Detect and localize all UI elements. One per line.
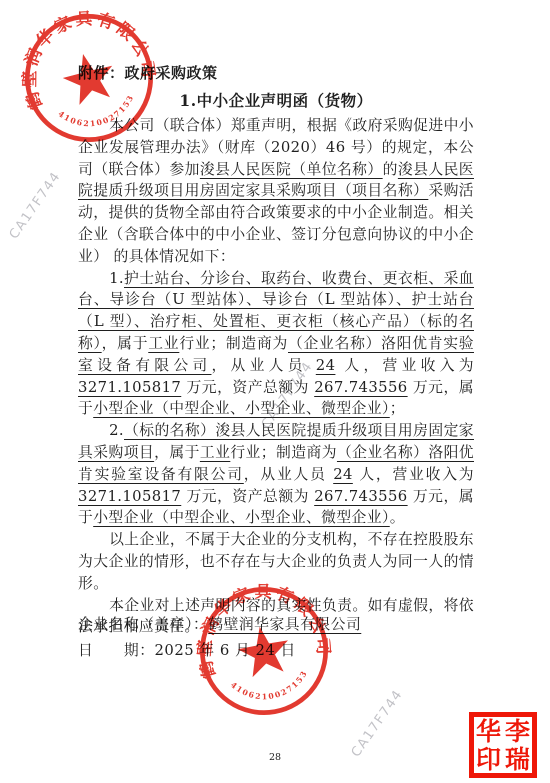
text-segment: 万元，资产总额为 — [181, 488, 314, 505]
item-1-paragraph: 1.护士站台、分诊台、取药台、收费台、更衣柜、采血台、导诊台（U 型站体）、导诊… — [78, 268, 474, 421]
text-segment: 1. — [109, 270, 124, 287]
underlined-segment: 24 — [316, 357, 336, 374]
text-segment: 人，营业收入为 — [335, 357, 474, 374]
document-body: 附件：政府采购政策 1.中小企业声明函（货物） 本公司（联合体）郑重声明，根据《… — [78, 64, 474, 638]
stamp-char: 李 — [505, 719, 530, 744]
underlined-segment: 267.743556 — [314, 379, 407, 396]
seal-code-text: 4106210027153 — [55, 91, 141, 137]
underlined-segment: 工业 — [200, 444, 230, 461]
text-segment: ，从业人员 — [244, 466, 333, 483]
text-segment: ，从业人员 — [211, 357, 315, 374]
seal-star — [235, 622, 294, 679]
text-segment: ，属于 — [102, 335, 149, 352]
stamp-char: 华 — [476, 719, 501, 744]
underlined-segment: 浚县人民医院（单位名称） — [200, 161, 383, 178]
text-segment: 行业；制造商为 — [230, 444, 337, 461]
text-segment: 万元，资产总额为 — [181, 379, 314, 396]
text-segment: 的 — [383, 161, 398, 178]
text-segment: 2. — [109, 422, 124, 439]
underlined-segment: 3271.105817 — [78, 379, 181, 396]
personal-stamp: 华 李 印 瑞 — [469, 712, 537, 778]
text-segment: 行业；制造商为 — [179, 335, 288, 352]
document-page: CA17F744 CA17F744 CA17F744 附件：政府采购政策 1.中… — [0, 0, 550, 783]
item-2-paragraph: 2.（标的名称）浚县人民医院提质升级项目用房固定家具采购项目，属于工业行业；制造… — [78, 420, 474, 529]
text-segment: 。 — [390, 509, 405, 526]
text-segment: 人，营业收入为 — [353, 466, 474, 483]
seal-star — [58, 48, 119, 107]
watermark: CA17F744 — [7, 169, 64, 242]
underlined-segment: 工业 — [148, 335, 179, 352]
page-number: 28 — [0, 752, 550, 763]
underlined-segment: 3271.105817 — [78, 488, 181, 505]
underlined-segment: 24 — [333, 466, 353, 483]
text-segment: ，属于 — [154, 444, 200, 461]
underlined-segment: 小型企业（中型企业、小型企业、微型企业） — [93, 509, 390, 526]
underlined-segment: 小型企业（中型企业、小型企业、微型企业） — [93, 400, 390, 417]
text-segment: ； — [390, 400, 405, 417]
underlined-segment: 267.743556 — [314, 488, 407, 505]
declaration-paragraph: 本公司（联合体）郑重声明，根据《政府采购促进中小企业发展管理办法》（财库（202… — [78, 115, 474, 268]
watermark: CA17F744 — [349, 687, 406, 760]
company-name-label: 企业名称（盖章）： — [78, 616, 208, 633]
company-seal: 鹤壁润华家具有限公司 4106210027153 — [186, 573, 341, 728]
